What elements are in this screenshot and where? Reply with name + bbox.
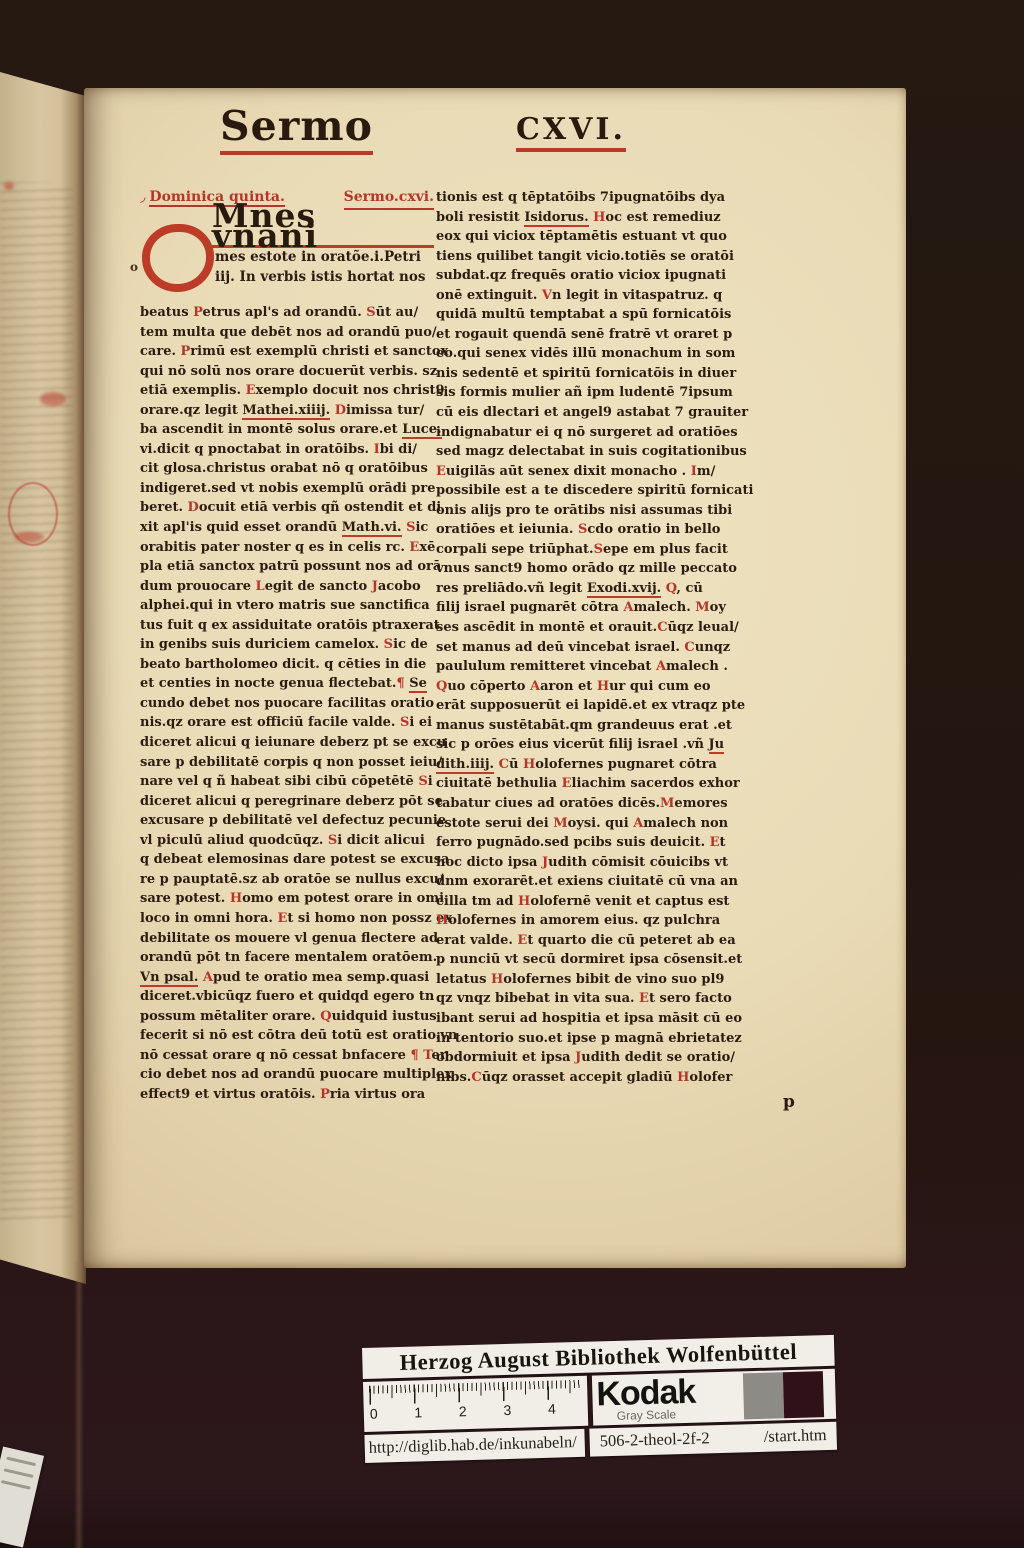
text-line: possum mētaliter orare. Quidquid iustus [140,1007,434,1027]
text-line: beret. Docuit etiā verbis qñ ostendit et… [140,498,434,518]
gray-scale-patch [743,1372,784,1419]
text-column-right: tionis est q tēptatōibs 7ipugnatōibs dya… [436,188,736,1087]
text-line: indigeret.sed vt nobis exemplū orādi pre [140,479,434,499]
text-line: excusare p debilitatē vel defectuz pecun… [140,811,434,831]
start-page-path: /start.htm [764,1425,827,1447]
text-line: erāt supposuerūt ei lapidē.et ex vtraqz … [436,696,736,716]
incipit-large-line: Mnes vnani [212,206,434,248]
text-column-left: ◞Dominica quinta. Sermo.cxvi. o Mnes vna… [140,188,434,1104]
ruler-number: 0 [370,1406,378,1422]
text-line: care. Primū est exemplū christi et sanct… [140,342,434,362]
text-line: vnus sanct9 homo orādo qz mille peccato [436,559,736,579]
ruler-number: 3 [503,1402,511,1418]
text-line: sis formis mulier añ ipm ludentē 7ipsum [436,383,736,403]
quire-signature: p [783,1092,795,1112]
column-1-lines: beatus Petrus apl's ad orandū. Sūt au/te… [140,303,434,1104]
text-line: nis sedentē et spiritū fornicatōis in di… [436,364,736,384]
text-line: sare potest. Homo em potest orare in omi [140,889,434,909]
text-line: hoc dicto ipsa Judith cōmisit cōuicibs v… [436,853,736,873]
text-line: res preliādo.vñ legit Exodi.xvij. Q, cū [436,579,736,599]
digitization-url: http://diglib.hab.de/inkunabeln/ [364,1429,585,1463]
text-line: sed magz delectabat in suis cogitationib… [436,442,736,462]
text-line: debilitate os mouere vl genua flectere a… [140,929,434,949]
incipit-subline: mes estote in oratõe.i.Petri [215,248,421,268]
binding-seam [74,1262,84,1548]
text-line: eo.qui senex vidēs illū monachum in som [436,344,736,364]
text-line: cū eis dlectari et angel9 astabat 7 grau… [436,403,736,423]
text-line: nis.qz orare est officiū facile valde. S… [140,713,434,733]
shelfmark-strip: 506-2-theol-2f-2 /start.htm [589,1422,837,1457]
text-line: ibant serui ad hospitia et ipsa māsit cū… [436,1009,736,1029]
incipit-subline: iij. In verbis istis hortat nos [215,268,425,288]
text-line: sic p orōes eius vicerūt filij israel .v… [436,735,736,755]
text-line: tem multa que debēt nos ad orandū puo/ [140,323,434,343]
text-line: ba ascendit in montē solus orare.et Luce… [140,420,434,440]
text-line: in tentorio suo.et ipse p magnā ebrietat… [436,1029,736,1049]
column-2-lines: tionis est q tēptatōibs 7ipugnatōibs dya… [436,188,736,1087]
ruler-number: 2 [459,1403,467,1419]
opening-block: o Mnes vnani mes estote in oratõe.i.Petr… [140,210,434,303]
guide-letter: o [130,258,138,278]
text-line: orabitis pater noster q es in celis rc. … [140,538,434,558]
cm-ruler: 01234 [363,1376,588,1432]
text-line: loco in omni hora. Et si homo non possz … [140,909,434,929]
rubricated-initial-O [142,224,214,292]
text-line: et centies in nocte genua flectebat.¶ Se [140,674,434,694]
text-line: eox qui viciox tēptamētis estuant vt quo [436,227,736,247]
text-line: re p pauptatē.sz ab oratōe se nullus exc… [140,870,434,890]
text-line: beatus Petrus apl's ad orandū. Sūt au/ [140,303,434,323]
text-line: cilla tm ad Holofernē venit et captus es… [436,892,736,912]
ruler-number: 1 [414,1404,422,1420]
text-line: pla etiā sanctox patrū possunt nos ad or… [140,557,434,577]
text-line: Vn psal. Apud te oratio mea semp.quasi [140,968,434,988]
rubric-mark: ◞ [140,189,145,205]
text-line: etiā exemplis. Exemplo docuit nos christ… [140,381,434,401]
text-line: vi.dicit q pnoctabat in oratōibs. Ibi di… [140,440,434,460]
text-line: fecerit si nō est cōtra deū totū est ora… [140,1026,434,1046]
text-line: manus sustētabāt.qm grandeuus erat .et [436,716,736,736]
text-line: Quo cōperto Aaron et Hur qui cum eo [436,677,736,697]
kodak-wordmark: Kodak [596,1375,696,1412]
red-annotation-mark [4,182,14,190]
text-line: q debeat elemosinas dare potest se excus… [140,850,434,870]
text-line: ses ascēdit in montē et orauit.Cūqz leua… [436,618,736,638]
running-title: Sermo [220,102,373,150]
text-line: paululum remitteret vincebat Amalech . [436,657,736,677]
facing-page-blurred-text [0,182,72,1224]
text-line: diceret.vbicūqz fuero et quidqd egero tn [140,987,434,1007]
text-line: oratiōes et ieiunia. Scdo oratio in bell… [436,520,736,540]
text-line: letatus Holofernes bibit de vino suo pl9 [436,970,736,990]
text-line: orare.qz legit Mathei.xiiij. Dimissa tur… [140,401,434,421]
text-line: qui nō solū nos orare docuerūt verbis. s… [140,362,434,382]
text-line: sare p debilitatē corpis q non posset ie… [140,753,434,773]
text-line: nibs.Cūqz orasset accepit gladiū Holofer [436,1068,736,1088]
text-line: diceret alicui q ieiunare deberz pt se e… [140,733,434,753]
photograph-of-incunabulum-page: Sermo CXVI. ◞Dominica quinta. Sermo.cxvi… [0,0,1024,1548]
text-line: cio debet nos ad orandū puocare multiple… [140,1065,434,1085]
text-line: indignabatur ei q nō surgeret ad oratiōe… [436,423,736,443]
text-line: diceret alicui q peregrinare deberz pōt … [140,792,434,812]
ruler-number: 4 [548,1401,556,1417]
text-line: tabatur ciues ad oratōes dicēs.Memores [436,794,736,814]
folio-number: CXVI. [516,112,626,147]
shelfmark: 506-2-theol-2f-2 [599,1428,709,1451]
text-line: qz vnqz bibebat in vita sua. Et sero fac… [436,989,736,1009]
gray-scale-patch [783,1371,824,1418]
text-line: possibile est a te discedere spiritū for… [436,481,736,501]
text-line: estote serui dei Moysi. qui Amalech non [436,814,736,834]
text-line: subdat.qz frequēs oratio viciox ipugnati [436,266,736,286]
gray-scale-card: Kodak Gray Scale [592,1369,836,1426]
text-line: boli resistit Isidorus. Hoc est remediuz [436,208,736,228]
shelf-sticker [0,1446,44,1547]
text-line: nō cessat orare q nō cessat bnfacere ¶ T… [140,1046,434,1066]
text-line: tionis est q tēptatōibs 7ipugnatōibs dya [436,188,736,208]
text-line: corpali sepe triūphat.Sepe em plus facit [436,540,736,560]
text-line: p nunciū vt secū dormiret ipsa cōsensit.… [436,950,736,970]
gray-scale-patches [703,1371,824,1420]
text-line: erat valde. Et quarto die cū peteret ab … [436,931,736,951]
text-line: ferro pugnādo.sed pcibs suis deuicit. Et [436,833,736,853]
text-line: dith.iiij. Cū Holofernes pugnaret cōtra [436,755,736,775]
text-line: obdormiuit et ipsa Judith dedit se orati… [436,1048,736,1068]
text-line: onis alijs pro te orātibs nisi assumas t… [436,501,736,521]
text-line: alphei.qui in vtero matris sue sanctific… [140,596,434,616]
text-line: filij israel pugnarēt cōtra Amalech. Moy [436,598,736,618]
text-line: nare vel q ñ habeat sibi cibū cōpetētē S… [140,772,434,792]
text-line: dnm exorarēt.et exiens ciuitatē cū vna a… [436,872,736,892]
text-line: orandū pōt tn facere mentalem oratōem. [140,948,434,968]
text-line: onē extinguit. Vn legit in vitaspatruz. … [436,286,736,306]
text-line: quidā multū temptabat a spū fornicatōis [436,305,736,325]
text-line: xit apl'is quid esset orandū Math.vi. Si… [140,518,434,538]
text-line: dum prouocare Legit de sancto Jacobo [140,577,434,597]
printed-page: Sermo CXVI. ◞Dominica quinta. Sermo.cxvi… [84,88,906,1268]
gray-scale-patch [703,1373,744,1420]
text-line: cit glosa.christus orabat nō q oratōibus [140,459,434,479]
facing-page-edge [0,62,86,1284]
text-line: Holofernes in amorem eius. qz pulchra [436,911,736,931]
text-line: beato bartholomeo dicit. q cēties in die [140,655,434,675]
text-line: ciuitatē bethulia Eliachim sacerdos exho… [436,774,736,794]
text-line: et rogauit quendā senē fratrē vt oraret … [436,325,736,345]
text-line: tus fuit q ex assiduitate oratōis ptraxe… [140,616,434,636]
text-line: effect9 et virtus oratōis. Pria virtus o… [140,1085,434,1105]
text-line: vl piculū aliud quodcūqz. Si dicit alicu… [140,831,434,851]
red-annotation-mark [40,392,66,406]
text-line: Euigilās aūt senex dixit monacho . Im/ [436,462,736,482]
text-line: cundo debet nos puocare facilitas oratio [140,694,434,714]
text-line: in genibs suis duriciem camelox. Sic de [140,635,434,655]
text-line: set manus ad deū vincebat israel. Cunqz [436,638,736,658]
library-scale-label: Herzog August Bibliothek Wolfenbüttel 01… [362,1335,837,1463]
text-line: tiens quilibet tangit vicio.totiēs se or… [436,247,736,267]
red-annotation-mark [14,532,44,542]
